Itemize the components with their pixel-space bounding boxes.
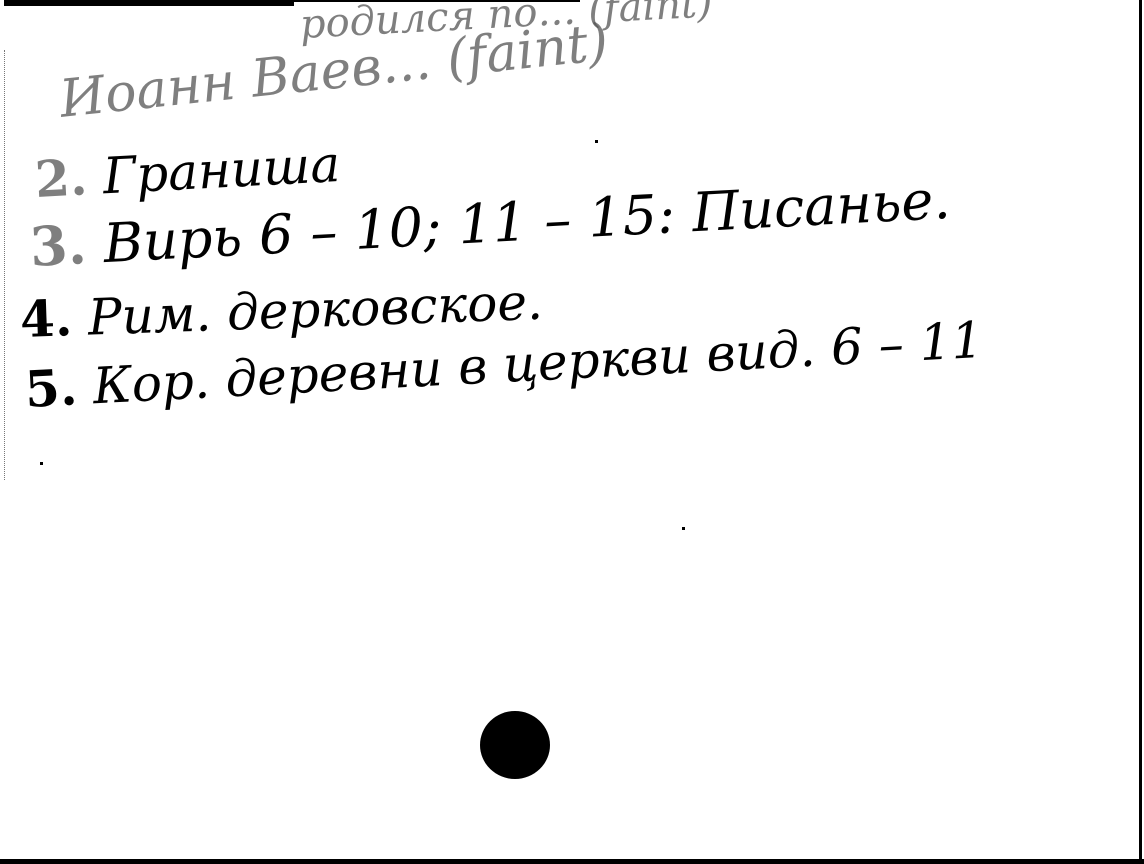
ink-speck [595, 140, 598, 143]
ink-speck [40, 462, 43, 465]
line-number: 5. [23, 357, 78, 419]
line-number: 4. [19, 288, 73, 349]
line-number: 3. [28, 212, 88, 279]
handwritten-line-2: 2. Граниша [33, 134, 341, 209]
card-left-margin [4, 50, 6, 480]
ink-speck [682, 527, 685, 530]
index-card: родился по... (faint) Иоанн Ваев... (fai… [0, 0, 1144, 864]
card-bottom-edge [0, 859, 1144, 864]
punch-hole [480, 711, 550, 779]
line-number: 2. [33, 147, 88, 209]
card-top-edge [4, 0, 294, 6]
card-right-edge [1139, 0, 1142, 864]
line-text: Граниша [102, 135, 342, 205]
